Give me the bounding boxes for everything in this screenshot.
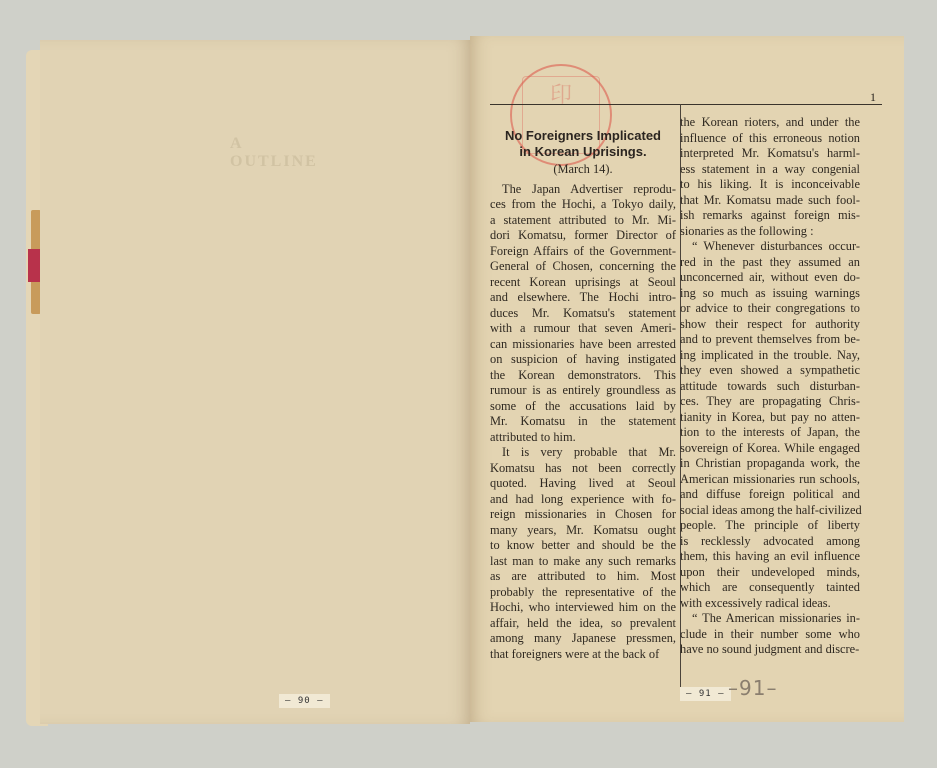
text-line: “ Whenever disturbances occur-	[680, 239, 860, 255]
text-line: show their respect for authority	[680, 317, 860, 333]
handwritten-page-number: –91–	[728, 676, 777, 700]
text-line: red in the past they assumed an	[680, 255, 860, 271]
text-line: probably the representative of the	[490, 585, 676, 601]
page-number: 1	[870, 90, 876, 105]
text-line: General of Chosen, concerning the	[490, 259, 676, 275]
text-line: influence of this erroneous notion	[680, 131, 860, 147]
text-line: the Korean demonstrators. This	[490, 368, 676, 384]
text-line: The Japan Advertiser reprodu-	[490, 182, 676, 198]
right-page-folio: – 91 –	[680, 687, 731, 701]
text-line: they even showed a sympathetic	[680, 363, 860, 379]
left-column-text: The Japan Advertiser reprodu-ces from th…	[490, 182, 676, 663]
text-line: Hochi, who interviewed him on the	[490, 600, 676, 616]
text-line: that foreigners were at the back of	[490, 647, 676, 663]
text-line: ish remarks against foreign mis-	[680, 208, 860, 224]
text-line: Mr. Komatsu in the statement	[490, 414, 676, 430]
text-line: attitude towards such disturban-	[680, 379, 860, 395]
left-page: A OUTLINE – 90 –	[40, 40, 470, 724]
text-line: quoted. Having lived at Seoul	[490, 476, 676, 492]
text-line: a statement attributed to Mr. Mi-	[490, 213, 676, 229]
text-line: sovereign of Korea. While engaged	[680, 441, 860, 457]
text-line: It is very probable that Mr.	[490, 445, 676, 461]
text-line: Komatsu has not been correctly	[490, 461, 676, 477]
text-line: American missionaries run schools,	[680, 472, 860, 488]
header-rule	[490, 104, 882, 105]
text-line: and to prevent themselves from be-	[680, 332, 860, 348]
article-date: (March 14).	[490, 162, 676, 178]
text-line: or advice to their congregations to	[680, 301, 860, 317]
article-title: No Foreigners Implicated in Korean Upris…	[490, 128, 676, 160]
text-line: clude in their number some who	[680, 627, 860, 643]
text-line: with a rumour that seven Ameri-	[490, 321, 676, 337]
text-line: is recklessly advocated among	[680, 534, 860, 550]
text-line: attributed to him.	[490, 430, 676, 446]
text-line: that Mr. Komatsu made such fool-	[680, 193, 860, 209]
text-line: tion to the interests of Japan, the	[680, 425, 860, 441]
text-line: and had long experience with fo-	[490, 492, 676, 508]
right-page: 印 1 No Foreigners Implicated in Korean U…	[470, 36, 904, 722]
text-line: to his liking. It is inconceivable	[680, 177, 860, 193]
text-line: have no sound judgment and discre-	[680, 642, 860, 658]
text-line: recent Korean uprisings at Seoul	[490, 275, 676, 291]
text-line: reign missionaries in Chosen for	[490, 507, 676, 523]
left-page-folio: – 90 –	[279, 694, 330, 708]
text-line: many years, Mr. Komatsu ought	[490, 523, 676, 539]
text-line: ess statement in a way congenial	[680, 162, 860, 178]
text-line: unconcerned air, without even do-	[680, 270, 860, 286]
article-left-column: No Foreigners Implicated in Korean Upris…	[490, 128, 676, 662]
text-line: Foreign Affairs of the Government-	[490, 244, 676, 260]
bleed-through-text: A OUTLINE	[230, 135, 330, 155]
text-line: as are attributed to him. Most	[490, 569, 676, 585]
text-line: ing implicated in the trouble. Nay,	[680, 348, 860, 364]
right-column-text: the Korean rioters, and under theinfluen…	[680, 115, 860, 658]
text-line: ces. They are propagating Chris-	[680, 394, 860, 410]
text-line: upon their undeveloped minds,	[680, 565, 860, 581]
text-line: among many Japanese pressmen,	[490, 631, 676, 647]
text-line: the Korean rioters, and under the	[680, 115, 860, 131]
text-line: duces Mr. Komatsu's statement	[490, 306, 676, 322]
text-line: in Christian propaganda work, the	[680, 456, 860, 472]
text-line: can missionaries have been arrested	[490, 337, 676, 353]
article-right-column: the Korean rioters, and under theinfluen…	[680, 115, 860, 658]
open-book: A OUTLINE – 90 – 印 1 No Foreigners Impli…	[26, 36, 906, 726]
text-line: interpreted Mr. Komatsu's harml-	[680, 146, 860, 162]
text-line: to know better and should be the	[490, 538, 676, 554]
text-line: on suspicion of having instigated	[490, 352, 676, 368]
text-line: tianity in Korea, but pay no atten-	[680, 410, 860, 426]
text-line: with excessively radical ideas.	[680, 596, 860, 612]
text-line: affair, held the idea, so prevalent	[490, 616, 676, 632]
text-line: last man to make any such remarks	[490, 554, 676, 570]
text-line: dori Komatsu, former Director of	[490, 228, 676, 244]
text-line: and elsewhere. The Hochi intro-	[490, 290, 676, 306]
text-line: sionaries as the following :	[680, 224, 860, 240]
text-line: social ideas among the half-civilized	[680, 503, 860, 519]
text-line: ces from the Hochi, a Tokyo daily,	[490, 197, 676, 213]
text-line: “ The American missionaries in-	[680, 611, 860, 627]
text-line: which are consequently tainted	[680, 580, 860, 596]
text-line: and diffuse foreign political and	[680, 487, 860, 503]
text-line: ing so much as issuing warnings	[680, 286, 860, 302]
text-line: rumour is as entirely groundless as	[490, 383, 676, 399]
text-line: some of the accusations laid by	[490, 399, 676, 415]
text-line: them, this having an evil influence	[680, 549, 860, 565]
text-line: people. The principle of liberty	[680, 518, 860, 534]
